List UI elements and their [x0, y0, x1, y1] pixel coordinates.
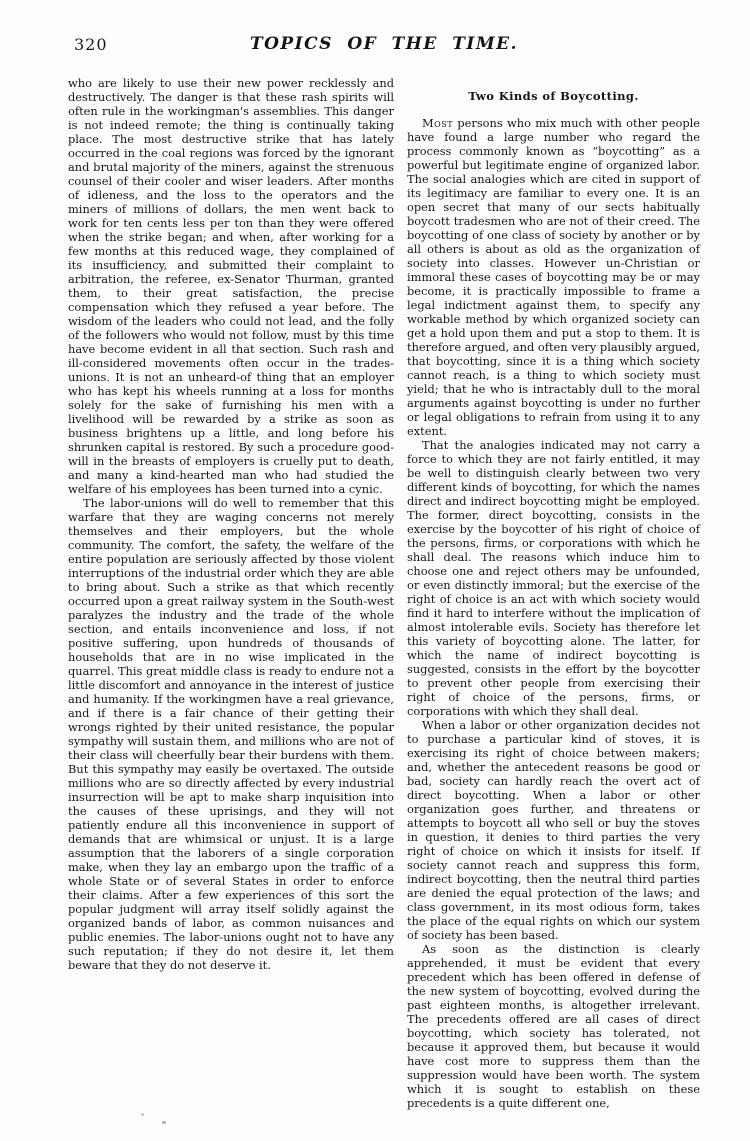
right-column: Two Kinds of Boycotting. Most persons wh… [407, 76, 700, 1110]
paragraph: Most persons who mix much with other peo… [407, 116, 700, 438]
paragraph-text: persons who mix much with other people h… [407, 116, 700, 438]
paragraph: who are likely to use their new power re… [68, 76, 394, 496]
section-heading: Two Kinds of Boycotting. [407, 89, 700, 103]
page-header: 320 TOPICS OF THE TIME. [68, 34, 700, 62]
text-columns: who are likely to use their new power re… [68, 76, 700, 1110]
page-number: 320 [74, 35, 108, 54]
magazine-page: 320 TOPICS OF THE TIME. who are likely t… [0, 0, 750, 1141]
paragraph: When a labor or other organization decid… [407, 718, 700, 942]
running-title: TOPICS OF THE TIME. [68, 34, 700, 54]
scan-speck [162, 1121, 166, 1124]
paragraph: That the analogies indicated may not car… [407, 438, 700, 718]
paragraph: As soon as the distinction is clearly ap… [407, 942, 700, 1110]
lead-word: Most [422, 116, 453, 130]
paragraph: The labor-unions will do well to remembe… [68, 496, 394, 972]
left-column: who are likely to use their new power re… [68, 76, 394, 1110]
scan-speck [141, 1113, 144, 1116]
